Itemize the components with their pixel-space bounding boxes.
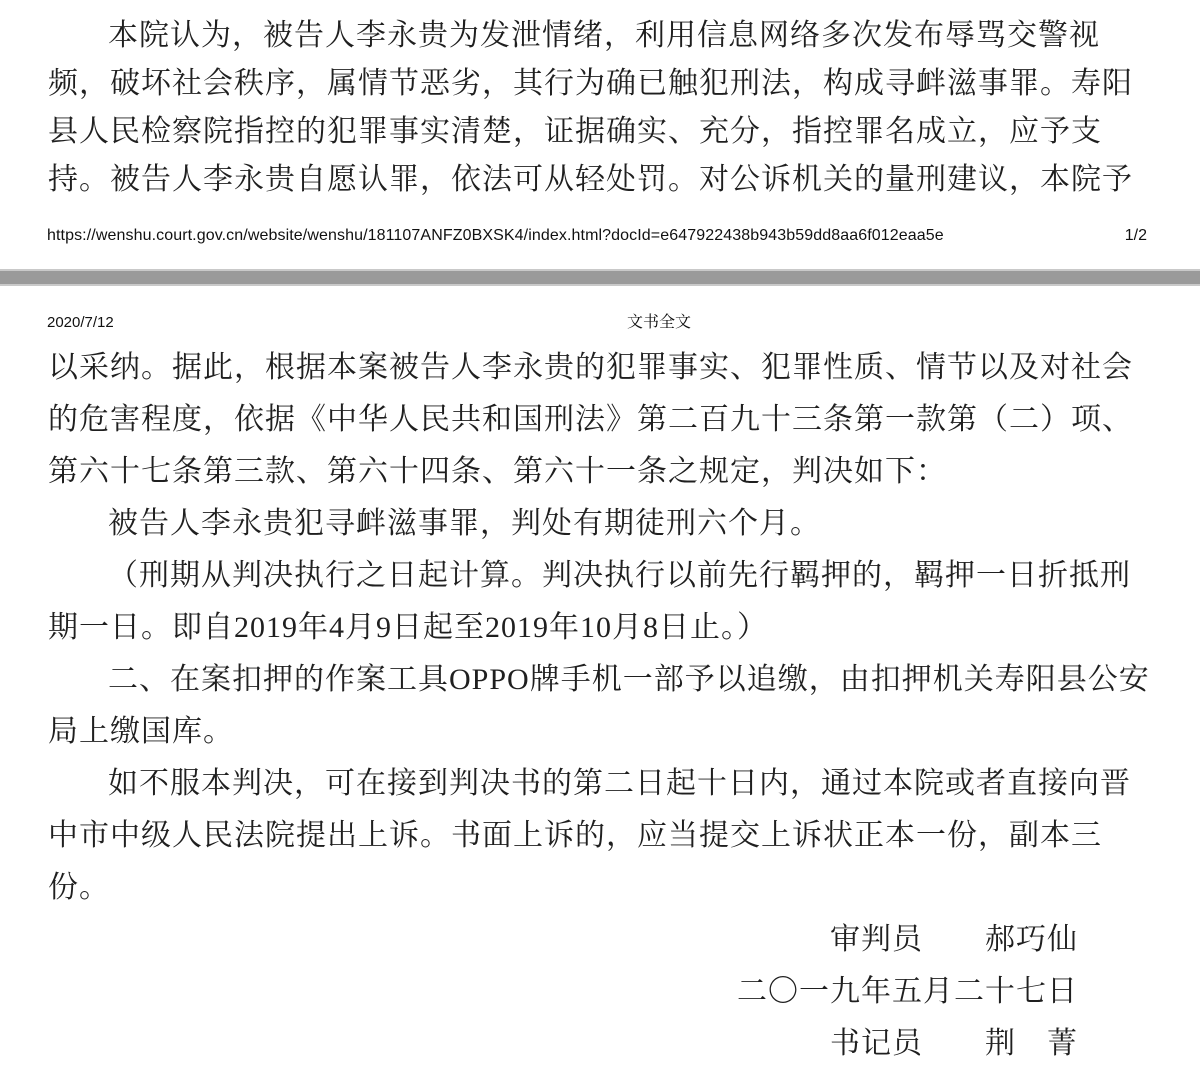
body-line: 第六十七条第三款、第六十四条、第六十一条之规定，判决如下： bbox=[48, 446, 1132, 498]
page2: 2020/7/12 文书全文 以采纳。据此，根据本案被告人李永贵的犯罪事实、犯罪… bbox=[0, 312, 1200, 1070]
page1-print-footer: https://wenshu.court.gov.cn/website/wens… bbox=[0, 226, 1200, 246]
page2-body-text: 以采纳。据此，根据本案被告人李永贵的犯罪事实、犯罪性质、情节以及对社会 的危害程… bbox=[0, 342, 1200, 1070]
page1-body-text: 本院认为，被告人李永贵为发泄情绪，利用信息网络多次发布辱骂交警视 频，破坏社会秩… bbox=[0, 0, 1200, 204]
body-line: 如不服本判决，可在接到判决书的第二日起十日内，通过本院或者直接向晋 bbox=[48, 758, 1132, 810]
page1-fragment: 本院认为，被告人李永贵为发泄情绪，利用信息网络多次发布辱骂交警视 频，破坏社会秩… bbox=[0, 0, 1200, 246]
body-line: 局上缴国库。 bbox=[48, 706, 1132, 758]
page2-print-header: 2020/7/12 文书全文 bbox=[0, 312, 1200, 334]
signature-judge: 审判员 郝巧仙 bbox=[48, 914, 1132, 966]
printed-judgment-view: 本院认为，被告人李永贵为发泄情绪，利用信息网络多次发布辱骂交警视 频，破坏社会秩… bbox=[0, 0, 1200, 1073]
body-line: 中市中级人民法院提出上诉。书面上诉的，应当提交上诉状正本一份，副本三 bbox=[48, 810, 1132, 862]
body-line: 以采纳。据此，根据本案被告人李永贵的犯罪事实、犯罪性质、情节以及对社会 bbox=[48, 342, 1132, 394]
body-line: 份。 bbox=[48, 862, 1132, 914]
body-line: 期一日。即自2019年4月9日起至2019年10月8日止。） bbox=[48, 602, 1132, 654]
print-date: 2020/7/12 bbox=[47, 312, 114, 334]
source-url: https://wenshu.court.gov.cn/website/wens… bbox=[47, 226, 944, 246]
document-title: 文书全文 bbox=[627, 312, 691, 334]
body-line: 二、在案扣押的作案工具OPPO牌手机一部予以追缴，由扣押机关寿阳县公安 bbox=[48, 654, 1132, 706]
body-line: 持。被告人李永贵自愿认罪，依法可从轻处罚。对公诉机关的量刑建议，本院予 bbox=[48, 156, 1132, 204]
body-line: 频，破坏社会秩序，属情节恶劣，其行为确已触犯刑法，构成寻衅滋事罪。寿阳 bbox=[48, 60, 1132, 108]
signature-clerk: 书记员 荆 菁 bbox=[48, 1018, 1132, 1070]
body-line: 被告人李永贵犯寻衅滋事罪，判处有期徒刑六个月。 bbox=[48, 498, 1132, 550]
signature-date: 二〇一九年五月二十七日 bbox=[48, 966, 1132, 1018]
page-indicator: 1/2 bbox=[1125, 226, 1147, 246]
body-line: 县人民检察院指控的犯罪事实清楚，证据确实、充分，指控罪名成立，应予支 bbox=[48, 108, 1132, 156]
body-line: 本院认为，被告人李永贵为发泄情绪，利用信息网络多次发布辱骂交警视 bbox=[48, 12, 1132, 60]
body-line: （刑期从判决执行之日起计算。判决执行以前先行羁押的，羁押一日折抵刑 bbox=[48, 550, 1132, 602]
body-line: 的危害程度，依据《中华人民共和国刑法》第二百九十三条第一款第（二）项、 bbox=[48, 394, 1132, 446]
page-break-separator bbox=[0, 269, 1200, 286]
